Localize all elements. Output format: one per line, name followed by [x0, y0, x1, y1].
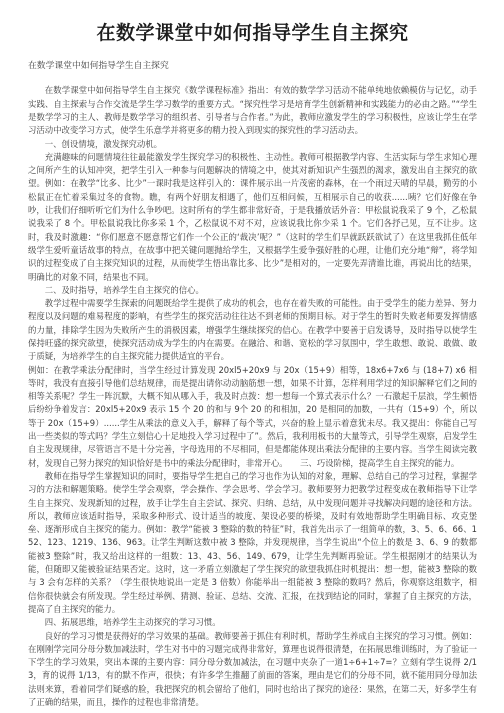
document-subtitle: 在数学课堂中如何指导学生自主探究 — [28, 61, 477, 72]
section-2-paragraph: 教学过程中需要学生探索的问题既给学生提供了成功的机会，也存在着失败的可能性。由于… — [28, 297, 477, 363]
section-3-paragraph: 教师在指导学生掌握知识的同时，要指导学生把自己的学习也作为认知的对象，理解、总结… — [28, 470, 477, 616]
section-4-heading: 四、拓展思维，培养学生主动探究的学习习惯。 — [28, 616, 477, 629]
intro-paragraph: 在数学课堂中如何指导学生自主探究《数学课程标准》指出：有效的数学学习活动不能单纯… — [28, 84, 477, 137]
section-2-example-paragraph: 例如：在教学乘法分配律时，当学生经过计算发现 20xl5+20x9 与 20x（… — [28, 364, 477, 470]
section-2-heading: 二、及时指导，培养学生自主探究的信心。 — [28, 284, 477, 297]
document-page: 在数学课堂中如何指导学生自主探究 在数学课堂中如何指导学生自主探究 在数学课堂中… — [0, 0, 504, 713]
section-4-paragraph: 良好的学习习惯是获得好的学习效果的基础。教师要善于抓住有利时机，帮助学生养成自主… — [28, 630, 477, 710]
page-title: 在数学课堂中如何指导学生自主探究 — [28, 22, 477, 45]
section-1-heading: 一、创设情境，激发探究动机。 — [28, 138, 477, 151]
section-1-paragraph: 充满趣味的问题情境往往最能激发学生探究学习的积极性、主动性。教师可根据教学内容、… — [28, 151, 477, 284]
document-body: 在数学课堂中如何指导学生自主探究《数学课程标准》指出：有效的数学学习活动不能单纯… — [28, 84, 477, 709]
